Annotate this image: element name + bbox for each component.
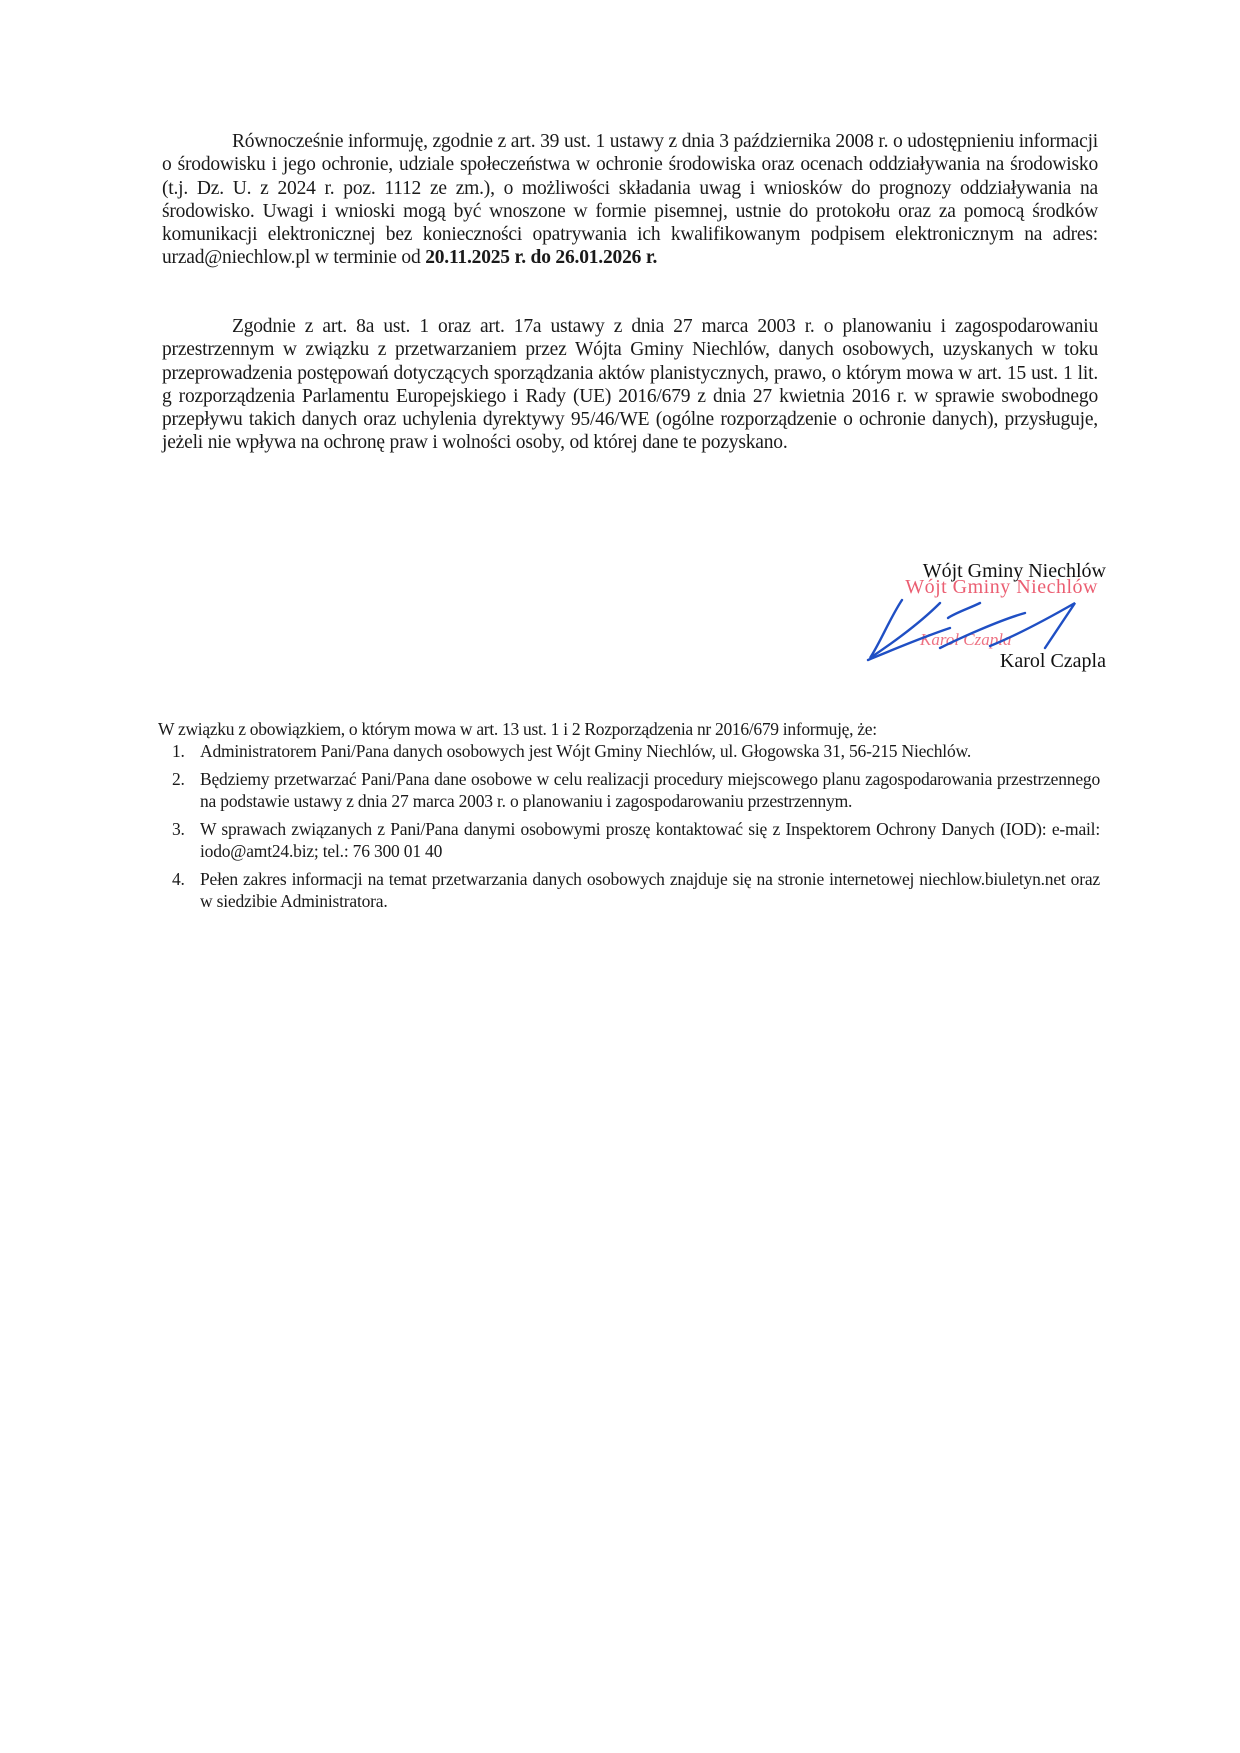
signature-block: Wójt Gminy Niechlów Wójt Gminy Niechlów … [840,558,1110,688]
deadline-text: 20.11.2025 r. do 26.01.2026 r. [425,247,657,268]
list-item: 3.W sprawach związanych z Pani/Pana dany… [158,818,1100,862]
data-protection-paragraph: Zgodnie z art. 8a ust. 1 oraz art. 17a u… [162,315,1098,455]
list-item: 2.Będziemy przetwarzać Pani/Pana dane os… [158,768,1100,812]
gdpr-list: 1.Administratorem Pani/Pana danych osobo… [158,740,1100,918]
list-item: 4.Pełen zakres informacji na temat przet… [158,868,1100,912]
list-item: 1.Administratorem Pani/Pana danych osobo… [158,740,1100,762]
gdpr-intro: W związku z obowiązkiem, o którym mowa w… [158,718,877,740]
signatory-name: Karol Czapla [1000,650,1106,673]
environmental-notice-paragraph: Równocześnie informuję, zgodnie z art. 3… [162,130,1098,270]
paragraph-text: Zgodnie z art. 8a ust. 1 oraz art. 17a u… [162,316,1098,453]
